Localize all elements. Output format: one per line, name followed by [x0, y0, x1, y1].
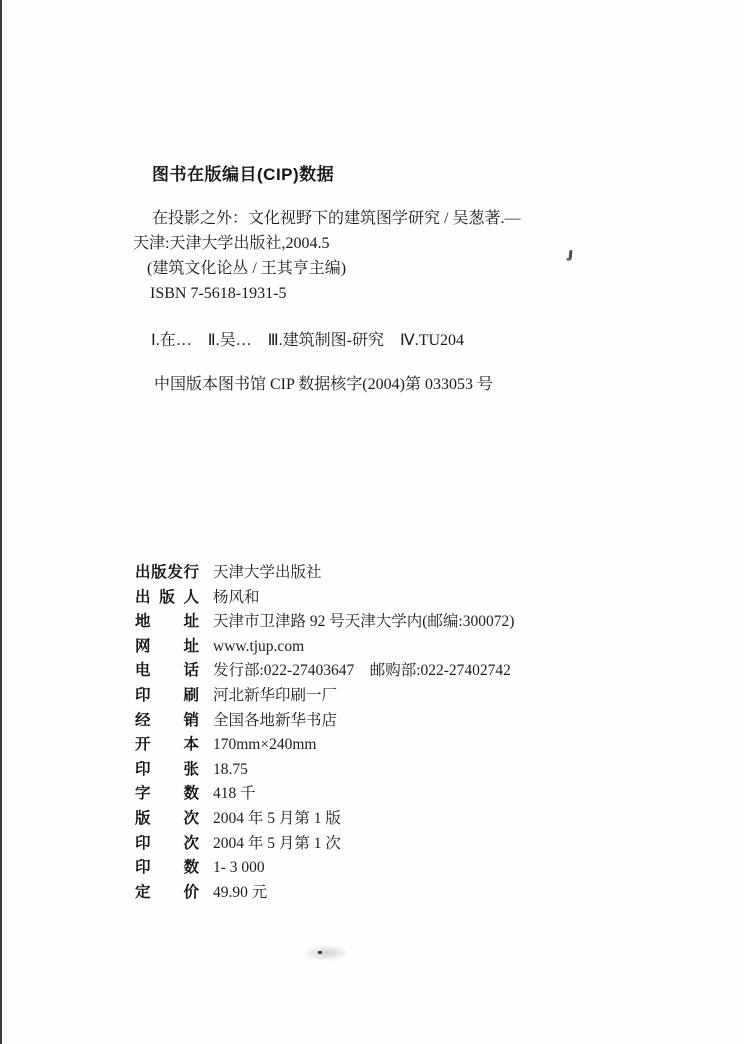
colophon-label: 印 次 — [135, 832, 199, 857]
book-title-line: 在投影之外：文化视野下的建筑图学研究 / 吴葱著.— — [152, 206, 653, 231]
colophon-value: 18.75 — [213, 758, 248, 783]
colophon-value: 天津市卫津路 92 号天津大学内(邮编:300072) — [213, 610, 514, 635]
colophon-label: 印 张 — [135, 758, 199, 783]
colophon-value: 杨风和 — [213, 586, 260, 611]
colophon-value: 418 千 — [213, 782, 256, 807]
colophon-label: 字 数 — [135, 782, 199, 807]
colophon-row-publisher-person: 出 版 人 杨风和 — [135, 586, 675, 611]
classification-line: Ⅰ.在… Ⅱ.吴… Ⅲ.建筑制图-研究 Ⅳ.TU204 — [151, 327, 464, 350]
colophon-label: 开 本 — [135, 733, 199, 758]
scan-edge-artifact — [0, 0, 2, 1044]
colophon-row-sheets: 印 张 18.75 — [135, 758, 675, 783]
smudge-artifact — [305, 946, 347, 960]
colophon-label: 电 话 — [135, 659, 199, 684]
bibliographic-description: 在投影之外：文化视野下的建筑图学研究 / 吴葱著.— 天津:天津大学出版社,20… — [133, 206, 653, 306]
colophon-value: 170mm×240mm — [213, 733, 316, 758]
colophon-row-edition: 版 次 2004 年 5 月第 1 版 — [135, 807, 675, 832]
colophon-label: 经 销 — [135, 709, 199, 734]
colophon-label: 网 址 — [135, 635, 199, 660]
colophon-row-printer: 印 刷 河北新华印刷一厂 — [135, 684, 675, 709]
colophon-value: 全国各地新华书店 — [213, 709, 337, 734]
cip-heading: 图书在版编目(CIP)数据 — [152, 160, 334, 185]
isbn-line: ISBN 7-5618-1931-5 — [150, 281, 653, 306]
colophon-row-address: 地 址 天津市卫津路 92 号天津大学内(邮编:300072) — [135, 610, 675, 635]
colophon-row-printing: 印 次 2004 年 5 月第 1 次 — [135, 832, 675, 857]
colophon-value: 发行部:022-27403647 邮购部:022-27402742 — [213, 659, 511, 684]
colophon-label: 出 版 人 — [135, 586, 199, 611]
colophon-value: 2004 年 5 月第 1 次 — [213, 832, 341, 857]
colophon-value: www.tjup.com — [213, 635, 304, 660]
scanned-book-copyright-page: 图书在版编目(CIP)数据 在投影之外：文化视野下的建筑图学研究 / 吴葱著.—… — [0, 0, 744, 1044]
colophon-value: 天津大学出版社 — [213, 561, 322, 586]
colophon-value: 河北新华印刷一厂 — [213, 684, 337, 709]
colophon-label: 定 价 — [135, 881, 199, 906]
colophon-label: 出版发行 — [135, 561, 199, 586]
colophon-table: 出版发行 天津大学出版社 出 版 人 杨风和 地 址 天津市卫津路 92 号天津… — [135, 561, 675, 905]
colophon-row-word-count: 字 数 418 千 — [135, 782, 675, 807]
publisher-line: 天津:天津大学出版社,2004.5 — [133, 231, 653, 256]
colophon-label: 版 次 — [135, 807, 199, 832]
series-line: (建筑文化论丛 / 王其亨主编) — [147, 256, 653, 281]
colophon-row-distributor: 经 销 全国各地新华书店 — [135, 709, 675, 734]
colophon-row-website: 网 址 www.tjup.com — [135, 635, 675, 660]
colophon-row-print-run: 印 数 1- 3 000 — [135, 856, 675, 881]
colophon-row-format: 开 本 170mm×240mm — [135, 733, 675, 758]
colophon-value: 2004 年 5 月第 1 版 — [213, 807, 341, 832]
colophon-label: 印 数 — [135, 856, 199, 881]
colophon-value: 49.90 元 — [213, 881, 267, 906]
colophon-label: 地 址 — [135, 610, 199, 635]
colophon-value: 1- 3 000 — [213, 856, 265, 881]
colophon-row-publisher: 出版发行 天津大学出版社 — [135, 561, 675, 586]
colophon-row-price: 定 价 49.90 元 — [135, 881, 675, 906]
cip-record-number-line: 中国版本图书馆 CIP 数据核字(2004)第 033053 号 — [154, 371, 493, 394]
colophon-label: 印 刷 — [135, 684, 199, 709]
smudge-dot-artifact — [318, 951, 322, 954]
colophon-row-telephone: 电 话 发行部:022-27403647 邮购部:022-27402742 — [135, 659, 675, 684]
